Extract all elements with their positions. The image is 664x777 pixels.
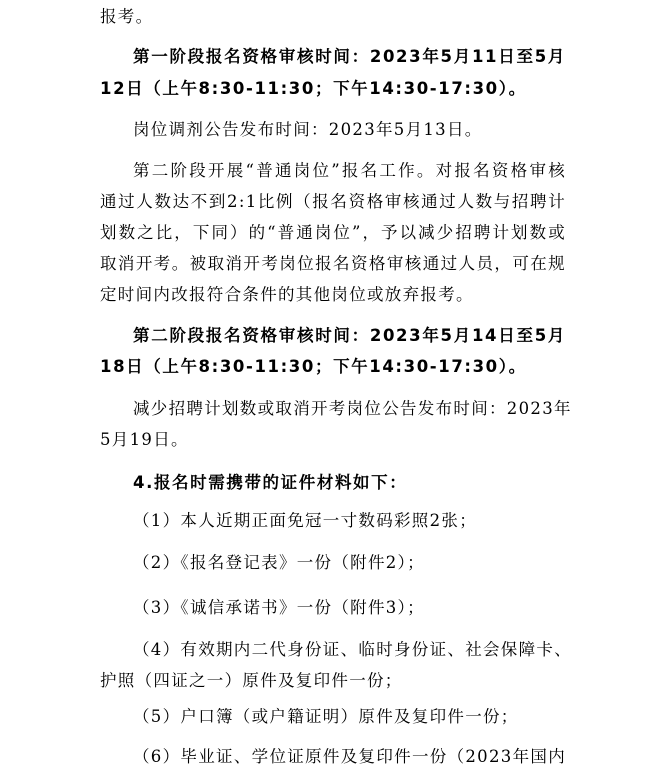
paragraph-line: （5）户口簿（或户籍证明）原件及复印件一份； [133,707,566,727]
bold-paragraph-line: 12日（上午8:30-11:30；下午14:30-17:30）。 [100,79,566,99]
paragraph-line: （2）《报名登记表》一份（附件2）； [133,553,566,573]
paragraph-line: （3）《诚信承诺书》一份（附件3）； [133,598,566,618]
document-page: 报考。第一阶段报名资格审核时间：2023年5月11日至5月12日（上午8:30-… [0,0,664,777]
paragraph-line: 划数之比，下同）的“普通岗位”，予以减少招聘计划数或 [100,223,566,243]
paragraph-line: 通过人数达不到2:1比例（报名资格审核通过人数与招聘计 [100,192,566,212]
paragraph-line: （6）毕业证、学位证原件及复印件一份（2023年国内 [133,747,566,767]
paragraph-line: （4）有效期内二代身份证、临时身份证、社会保障卡、 [133,640,566,660]
paragraph-line: 减少招聘计划数或取消开考岗位公告发布时间：2023年 [133,399,566,419]
bold-paragraph-line: 第二阶段报名资格审核时间：2023年5月14日至5月 [133,326,566,346]
paragraph-line: （1）本人近期正面免冠一寸数码彩照2张； [133,511,566,531]
paragraph-line: 护照（四证之一）原件及复印件一份； [100,671,566,691]
bold-paragraph-line: 18日（上午8:30-11:30；下午14:30-17:30）。 [100,357,566,377]
paragraph-line: 岗位调剂公告发布时间：2023年5月13日。 [133,120,566,140]
paragraph-line: 第二阶段开展“普通岗位”报名工作。对报名资格审核 [133,161,566,181]
bold-paragraph-line: 第一阶段报名资格审核时间：2023年5月11日至5月 [133,47,566,67]
paragraph-line: 定时间内改报符合条件的其他岗位或放弃报考。 [100,285,566,305]
paragraph-line: 报考。 [100,7,566,27]
paragraph-line: 5月19日。 [100,430,566,450]
bold-paragraph-line: 4.报名时需携带的证件材料如下： [133,473,566,493]
paragraph-line: 取消开考。被取消开考岗位报名资格审核通过人员，可在规 [100,254,566,274]
